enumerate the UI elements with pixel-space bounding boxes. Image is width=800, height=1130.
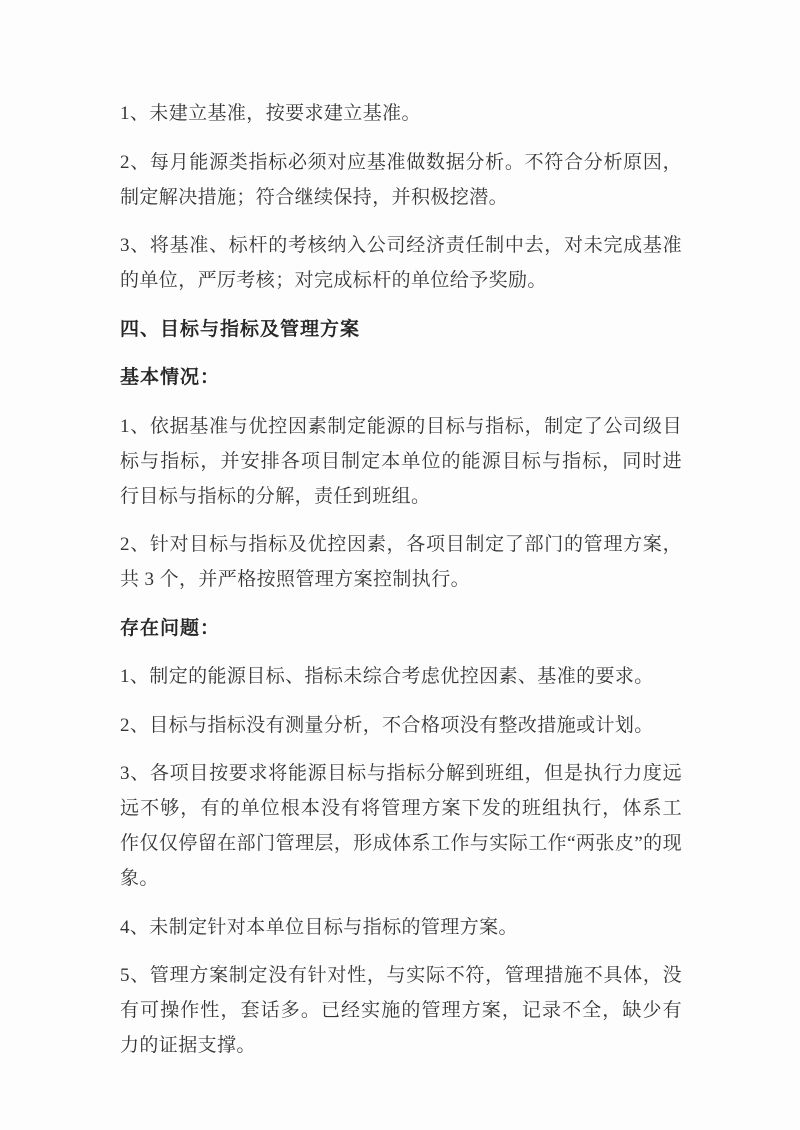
paragraph-baseline-item-1: 1、未建立基准，按要求建立基准。 <box>120 96 682 131</box>
section-heading-objectives: 四、目标与指标及管理方案 <box>120 312 682 347</box>
paragraph-problem-item-3: 3、各项目按要求将能源目标与指标分解到班组，但是执行力度远远不够，有的单位根本没… <box>120 756 682 896</box>
paragraph-baseline-item-2: 2、每月能源类指标必须对应基准做数据分析。不符合分析原因，制定解决措施；符合继续… <box>120 145 682 215</box>
document-page: 1、未建立基准，按要求建立基准。 2、每月能源类指标必须对应基准做数据分析。不符… <box>0 0 800 1130</box>
paragraph-problem-item-4: 4、未制定针对本单位目标与指标的管理方案。 <box>120 910 682 945</box>
subheading-existing-problems: 存在问题： <box>120 611 682 646</box>
paragraph-baseline-item-3: 3、将基准、标杆的考核纳入公司经济责任制中去，对未完成基准的单位，严厉考核；对完… <box>120 228 682 298</box>
paragraph-problem-item-1: 1、制定的能源目标、指标未综合考虑优控因素、基准的要求。 <box>120 659 682 694</box>
document-text-block: 1、未建立基准，按要求建立基准。 2、每月能源类指标必须对应基准做数据分析。不符… <box>120 96 682 1077</box>
subheading-basic-situation: 基本情况： <box>120 360 682 395</box>
paragraph-basic-situation-item-1: 1、依据基准与优控因素制定能源的目标与指标，制定了公司级目标与指标，并安排各项目… <box>120 409 682 514</box>
paragraph-basic-situation-item-2: 2、针对目标与指标及优控因素，各项目制定了部门的管理方案，共 3 个，并严格按照… <box>120 527 682 597</box>
paragraph-problem-item-2: 2、目标与指标没有测量分析，不合格项没有整改措施或计划。 <box>120 708 682 743</box>
paragraph-problem-item-5: 5、管理方案制定没有针对性，与实际不符，管理措施不具体，没有可操作性，套话多。已… <box>120 958 682 1063</box>
